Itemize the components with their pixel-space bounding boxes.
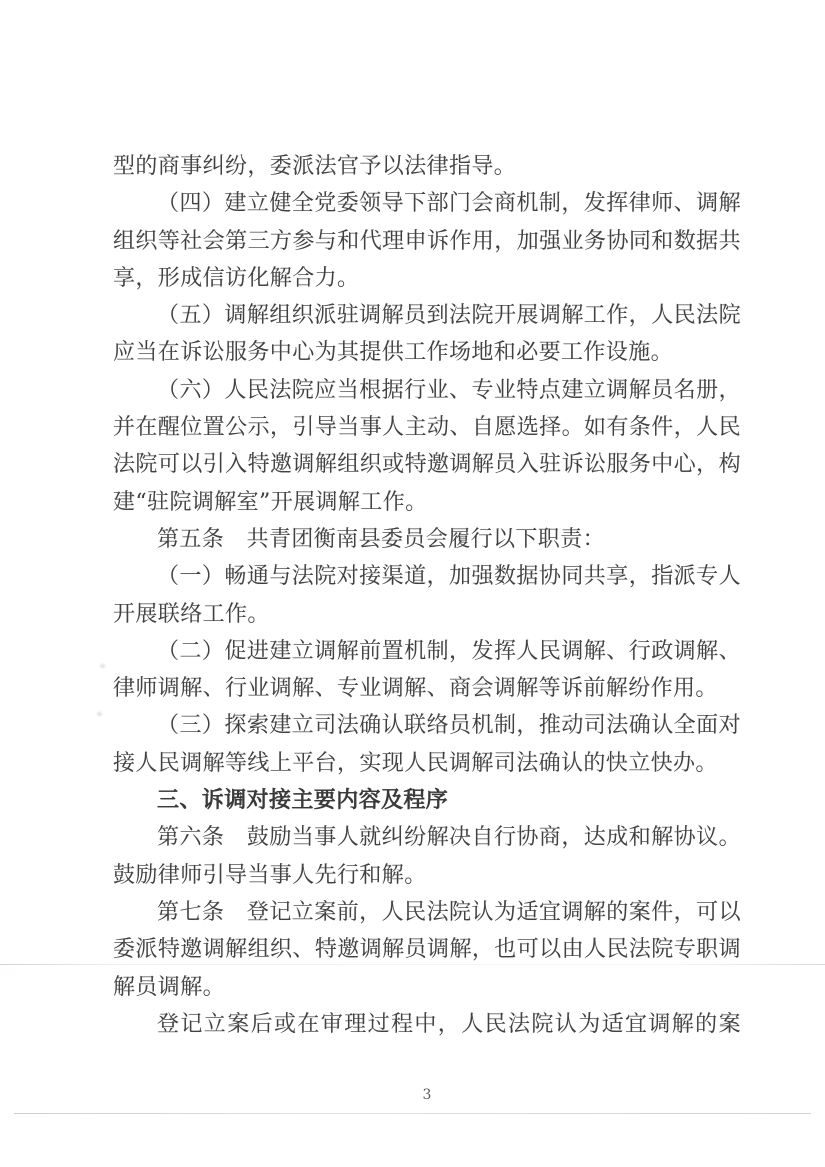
text-line: 鼓励律师引导当事人先行和解。 <box>113 857 741 894</box>
scan-speck <box>97 712 102 716</box>
scan-fold-line <box>0 964 825 965</box>
text-line: 法院可以引入特邀调解组织或特邀调解员入驻诉讼服务中心，构 <box>113 446 741 483</box>
text-line: （四）建立健全党委领导下部门会商机制，发挥律师、调解 <box>113 185 741 222</box>
text-line: 解员调解。 <box>113 969 741 1006</box>
text-line: （五）调解组织派驻调解员到法院开展调解工作，人民法院 <box>113 297 741 334</box>
page-number: 3 <box>113 1086 741 1104</box>
text-line: 并在醒位置公示，引导当事人主动、自愿选择。如有条件，人民 <box>113 409 741 446</box>
text-line: 享，形成信访化解合力。 <box>113 260 741 297</box>
text-line: 组织等社会第三方参与和代理申诉作用，加强业务协同和数据共 <box>113 223 741 260</box>
text-line: 建“驻院调解室”开展调解工作。 <box>113 484 741 521</box>
scan-speck <box>100 664 105 668</box>
text-line: 应当在诉讼服务中心为其提供工作场地和必要工作设施。 <box>113 334 741 371</box>
text-line: 登记立案后或在审理过程中，人民法院认为适宜调解的案 <box>113 1006 741 1043</box>
document-body: 型的商事纠纷，委派法官予以法律指导。（四）建立健全党委领导下部门会商机制，发挥律… <box>113 148 741 1043</box>
text-line: 第六条 鼓励当事人就纠纷解决自行协商，达成和解协议。 <box>113 819 741 856</box>
text-line: （六）人民法院应当根据行业、专业特点建立调解员名册， <box>113 372 741 409</box>
footer-rule <box>14 1113 811 1114</box>
text-line: （二）促进建立调解前置机制，发挥人民调解、行政调解、 <box>113 633 741 670</box>
text-line: 接人民调解等线上平台，实现人民调解司法确认的快立快办。 <box>113 745 741 782</box>
text-line: 开展联络工作。 <box>113 596 741 633</box>
text-line: 型的商事纠纷，委派法官予以法律指导。 <box>113 148 741 185</box>
section-heading: 三、诉调对接主要内容及程序 <box>113 782 741 819</box>
text-line: 第七条 登记立案前，人民法院认为适宜调解的案件，可以 <box>113 894 741 931</box>
text-line: 委派特邀调解组织、特邀调解员调解，也可以由人民法院专职调 <box>113 931 741 968</box>
text-line: （三）探索建立司法确认联络员机制，推动司法确认全面对 <box>113 707 741 744</box>
text-line: 第五条 共青团衡南县委员会履行以下职责： <box>113 521 741 558</box>
document-page: 型的商事纠纷，委派法官予以法律指导。（四）建立健全党委领导下部门会商机制，发挥律… <box>0 0 825 1167</box>
text-line: 律师调解、行业调解、专业调解、商会调解等诉前解纷作用。 <box>113 670 741 707</box>
text-line: （一）畅通与法院对接渠道，加强数据协同共享，指派专人 <box>113 558 741 595</box>
